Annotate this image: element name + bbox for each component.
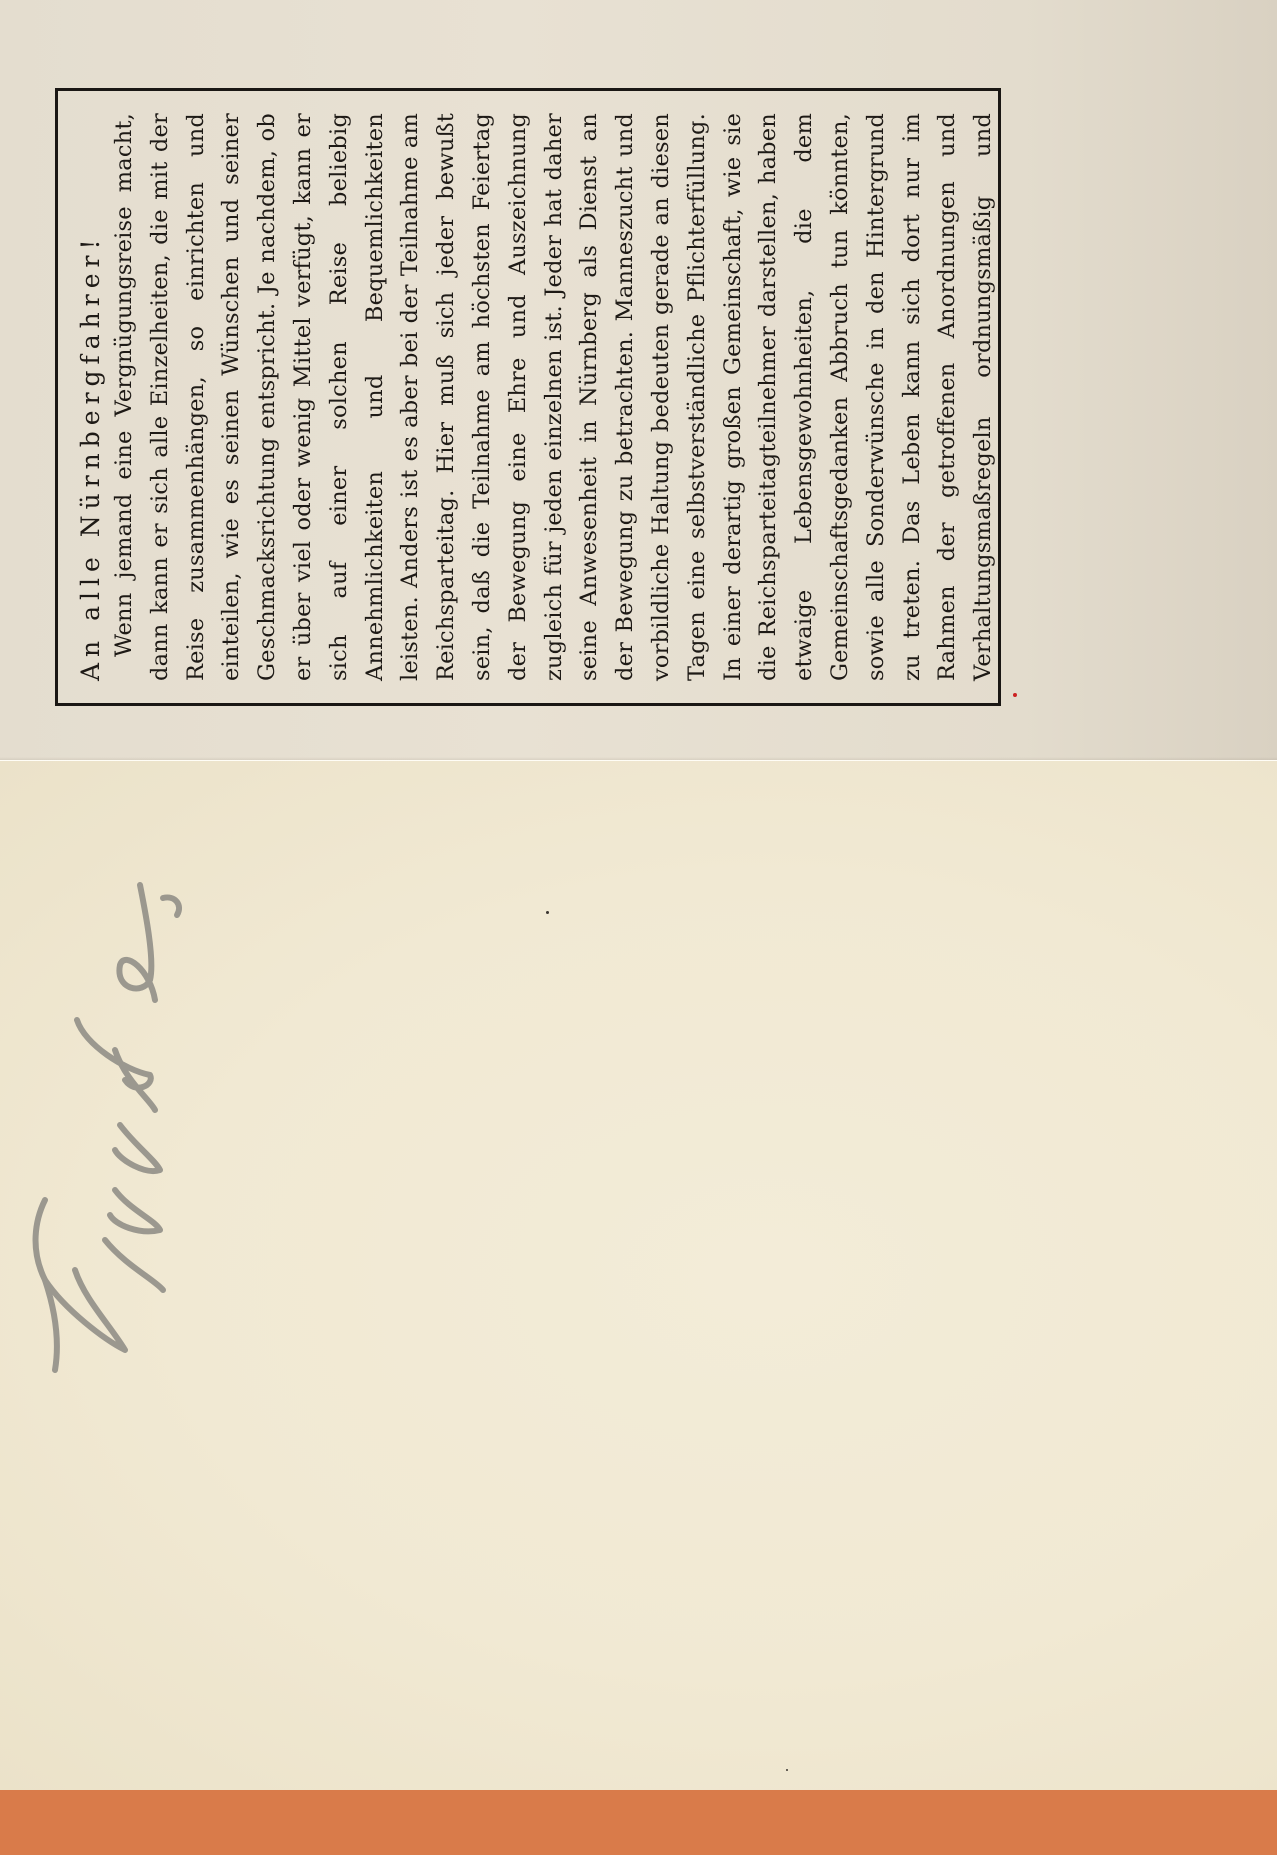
paper-speck	[546, 911, 549, 914]
upper-page: An alle Nürnbergfahrer! Wenn jemand eine…	[0, 0, 1277, 765]
notice-body: Wenn jemand eine Vergnügungsreise macht,…	[107, 113, 1001, 681]
notice-paragraph: Wenn jemand eine Vergnügungsreise macht,…	[107, 113, 1001, 681]
pencil-signature: Pencil signature (illegible)	[15, 870, 185, 1380]
ink-speck	[1013, 693, 1017, 697]
notice-title: An alle Nürnbergfahrer!	[76, 113, 105, 681]
orange-cover-edge	[0, 1790, 1277, 1855]
lower-page	[0, 760, 1277, 1791]
paper-speck	[786, 1769, 788, 1771]
notice-box: An alle Nürnbergfahrer! Wenn jemand eine…	[55, 88, 1001, 706]
notice-content: An alle Nürnbergfahrer! Wenn jemand eine…	[58, 91, 998, 703]
